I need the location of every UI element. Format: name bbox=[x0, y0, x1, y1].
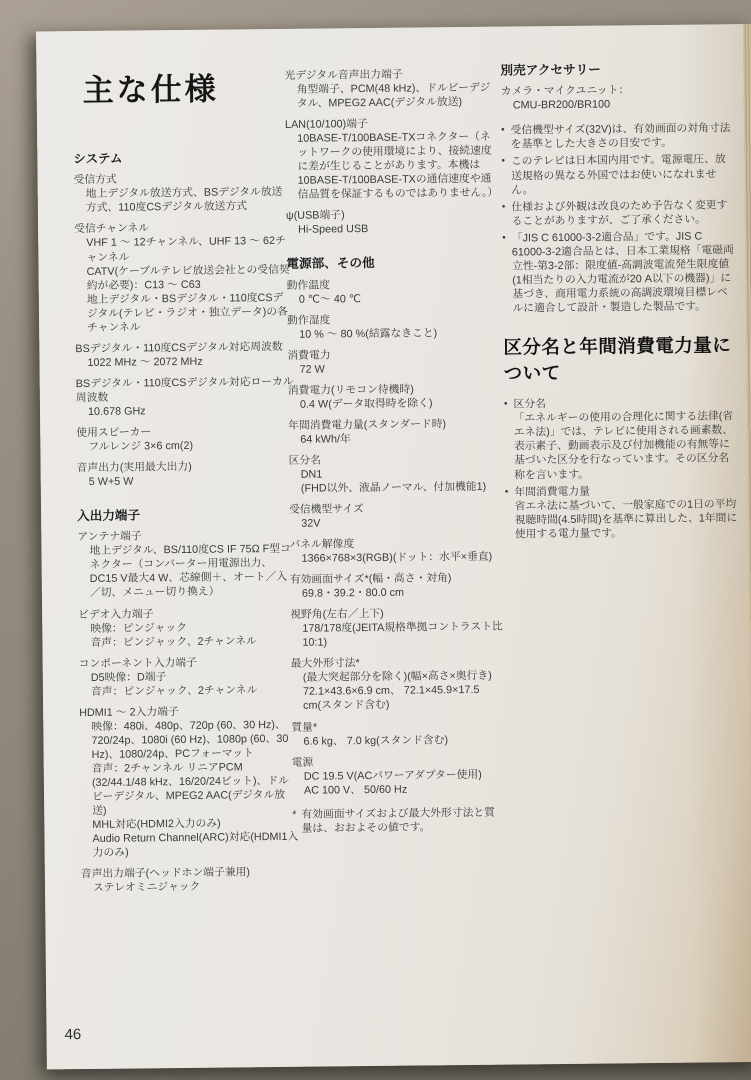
spec-item: 消費電力72 W bbox=[287, 346, 500, 376]
page-title: 主な仕様 bbox=[82, 64, 218, 110]
spec-item: 電源DC 19.5 V(ACパワーアダプター使用)AC 100 V、 50/60… bbox=[292, 753, 505, 797]
spec-item: 受信方式地上デジタル放送方式、BSデジタル放送方式、110度CSデジタル放送方式 bbox=[74, 171, 293, 215]
spec-value: 音声：2チャンネル リニアPCM (32/44.1/48 kHz、16/20/2… bbox=[80, 760, 300, 818]
bullet-list: •区分名「エネルギーの使用の合理化に関する法律(省エネ法)」では、テレビに使用さ… bbox=[504, 396, 738, 542]
spec-value: 地上デジタル放送方式、BSデジタル放送方式、110度CSデジタル放送方式 bbox=[74, 185, 293, 215]
spec-value: 角型端子、PCM(48 kHz)、ドルビーデジタル、MPEG2 AAC(デジタル… bbox=[285, 81, 498, 111]
spec-value: 5 W+5 W bbox=[77, 473, 296, 489]
bullet-body: 仕様および外観は改良のため予告なく変更することがありますが、ご了承ください。 bbox=[511, 198, 735, 228]
spec-value: 1022 MHz 〜 2072 MHz bbox=[75, 354, 294, 370]
bullet-body: このテレビは日本国内用です。電源電圧、放送規格の異なる外国ではお使いになれません… bbox=[511, 153, 735, 197]
footnote: *有効画面サイズおよび最大外形寸法と質量は、おおよその値です。 bbox=[292, 805, 505, 835]
bullet-item: •このテレビは日本国内用です。電源電圧、放送規格の異なる外国ではお使いになれませ… bbox=[501, 153, 734, 198]
spec-item: 年間消費電力量(スタンダード時)64 kWh/年 bbox=[288, 417, 501, 447]
bullet-item: •受信機型サイズ(32V)は、有効画面の対角寸法を基準とした大きさの目安です。 bbox=[501, 122, 734, 153]
spec-value: CMU-BR200/BR100 bbox=[501, 97, 734, 113]
spec-item: 動作湿度10 % 〜 80 %(結露なきこと) bbox=[287, 311, 500, 341]
spec-value: CATV(ケーブルテレビ放送会社との受信契約が必要)：C13 〜 C63 bbox=[74, 262, 293, 292]
spec-item: アンテナ端子地上デジタル、BS/110度CS IF 75Ω F型コネクター（コン… bbox=[77, 528, 297, 600]
column-left: システム受信方式地上デジタル放送方式、BSデジタル放送方式、110度CSデジタル… bbox=[73, 149, 300, 902]
page-number: 46 bbox=[64, 1026, 81, 1043]
spec-value: 地上デジタル・BSデジタル・110度CSデジタル(テレビ・ラジオ・独立データ)の… bbox=[75, 290, 294, 334]
bullet-body: 年間消費電力量省エネ法に基づいて、一般家庭での1日の平均視聴時間(4.5時間)を… bbox=[514, 483, 738, 541]
spec-value: 地上デジタル、BS/110度CS IF 75Ω F型コネクター（コンバーター用電… bbox=[77, 542, 297, 600]
footnote-text: 有効画面サイズおよび最大外形寸法と質量は、おおよその値です。 bbox=[301, 805, 505, 835]
bullet-body: 区分名「エネルギーの使用の合理化に関する法律(省エネ法)」では、テレビに使用され… bbox=[513, 396, 737, 483]
spec-section: 光デジタル音声出力端子角型端子、PCM(48 kHz)、ドルビーデジタル、MPE… bbox=[284, 67, 499, 238]
spec-item: 有効画面サイズ*(幅・高さ・対角)69.8・39.2・80.0 cm bbox=[290, 571, 503, 601]
bullet-dot: • bbox=[505, 485, 509, 541]
spec-item: BSデジタル・110度CSデジタル対応ローカル周波数10.678 GHz bbox=[76, 375, 295, 419]
spec-label: BSデジタル・110度CSデジタル対応ローカル周波数 bbox=[76, 375, 295, 405]
section-heading: 入出力端子 bbox=[77, 506, 296, 525]
column-middle: 光デジタル音声出力端子角型端子、PCM(48 kHz)、ドルビーデジタル、MPE… bbox=[284, 67, 505, 836]
spec-value: 178/178度(JEITA規格準拠コントラスト比10:1) bbox=[290, 620, 503, 650]
spec-item: 消費電力(リモコン待機時)0.4 W(データ取得時を除く) bbox=[288, 382, 501, 412]
spec-item: 質量*6.6 kg、 7.0 kg(スタンド含む) bbox=[291, 718, 504, 748]
spec-value: Audio Return Channel(ARC)対応(HDMI1入力のみ) bbox=[80, 830, 299, 860]
spec-item: 音声出力(実用最大出力)5 W+5 W bbox=[77, 459, 296, 489]
spec-value: DC 19.5 V(ACパワーアダプター使用) bbox=[292, 767, 505, 783]
spec-item: 視野角(左右／上下)178/178度(JEITA規格準拠コントラスト比10:1) bbox=[290, 606, 503, 650]
spec-value: 0.4 W(データ取得時を除く) bbox=[288, 396, 501, 412]
bullet-body: 「JIS C 61000-3-2適合品」です。JIS C 61000-3-2適合… bbox=[512, 229, 736, 316]
section-heading: 別売アクセサリー bbox=[500, 60, 733, 79]
spec-item: 最大外形寸法*(最大突起部分を除く)(幅×高さ×奥行き)72.1×43.6×6.… bbox=[291, 655, 505, 713]
spec-item: カメラ・マイクユニット：CMU-BR200/BR100 bbox=[501, 83, 734, 114]
bullet-text: 省エネ法に基づいて、一般家庭での1日の平均視聴時間(4.5時間)を基準に算出した… bbox=[514, 497, 738, 541]
spec-item: BSデジタル・110度CSデジタル対応周波数1022 MHz 〜 2072 MH… bbox=[75, 340, 294, 370]
spec-value: 72.1×43.6×6.9 cm、 72.1×45.9×17.5 cm(スタンド… bbox=[291, 683, 504, 713]
bullet-body: 受信機型サイズ(32V)は、有効画面の対角寸法を基準とした大きさの目安です。 bbox=[511, 122, 735, 152]
spec-value: 10 % 〜 80 %(結露なきこと) bbox=[287, 325, 500, 341]
spec-item: LAN(10/100)端子10BASE-T/100BASE-TXコネクター（ネッ… bbox=[285, 116, 499, 202]
spec-item: 動作温度0 ℃〜 40 ℃ bbox=[287, 276, 500, 306]
spec-section: 別売アクセサリーカメラ・マイクユニット：CMU-BR200/BR100•受信機型… bbox=[500, 60, 736, 315]
bullet-item: •区分名「エネルギーの使用の合理化に関する法律(省エネ法)」では、テレビに使用さ… bbox=[504, 396, 738, 483]
bullet-item: •「JIS C 61000-3-2適合品」です。JIS C 61000-3-2適… bbox=[502, 229, 736, 316]
photo-background: 主な仕様 システム受信方式地上デジタル放送方式、BSデジタル放送方式、110度C… bbox=[0, 0, 751, 1080]
spec-section: 入出力端子アンテナ端子地上デジタル、BS/110度CS IF 75Ω F型コネク… bbox=[77, 506, 300, 895]
spec-value: 32V bbox=[289, 515, 502, 531]
spec-item: 光デジタル音声出力端子角型端子、PCM(48 kHz)、ドルビーデジタル、MPE… bbox=[284, 67, 497, 111]
spec-value: フルレンジ 3×6 cm(2) bbox=[76, 438, 295, 454]
spec-value: 72 W bbox=[288, 361, 501, 377]
bullet-dot: • bbox=[504, 398, 508, 482]
spec-value: (FHD以外、液晶ノーマル、付加機能1) bbox=[289, 480, 502, 496]
spec-item: HDMI1 〜 2入力端子映像：480i、480p、720p (60、30 Hz… bbox=[79, 703, 300, 860]
spec-item: 音声出力端子(ヘッドホン端子兼用)ステレオミニジャック bbox=[81, 865, 300, 895]
bullet-dot: • bbox=[501, 124, 505, 152]
footnote-marker: * bbox=[292, 807, 296, 835]
spec-value: 音声：ピンジャック、2チャンネル bbox=[78, 633, 297, 649]
section-heading: システム bbox=[73, 149, 292, 168]
spec-value: 6.6 kg、 7.0 kg(スタンド含む) bbox=[291, 732, 504, 748]
spec-section: 区分名と年間消費電力量について•区分名「エネルギーの使用の合理化に関する法律(省… bbox=[503, 332, 738, 541]
manual-page: 主な仕様 システム受信方式地上デジタル放送方式、BSデジタル放送方式、110度C… bbox=[36, 24, 751, 1069]
bullet-text: 「エネルギーの使用の合理化に関する法律(省エネ法)」では、テレビに使用される画素… bbox=[514, 410, 738, 482]
bullet-dot: • bbox=[502, 200, 506, 228]
spec-item: ビデオ入力端子映像：ピンジャック音声：ピンジャック、2チャンネル bbox=[78, 605, 297, 649]
spec-value: 69.8・39.2・80.0 cm bbox=[290, 585, 503, 601]
column-right: 別売アクセサリーカメラ・マイクユニット：CMU-BR200/BR100•受信機型… bbox=[500, 60, 738, 544]
spec-value: ステレオミニジャック bbox=[81, 879, 300, 895]
spec-section: システム受信方式地上デジタル放送方式、BSデジタル放送方式、110度CSデジタル… bbox=[73, 149, 296, 489]
bullet-dot: • bbox=[502, 231, 506, 315]
spec-item: 受信チャンネルVHF 1 〜 12チャンネル、UHF 13 〜 62チャンネルC… bbox=[74, 220, 294, 335]
bullet-item: •仕様および外観は改良のため予告なく変更することがありますが、ご了承ください。 bbox=[502, 198, 735, 229]
spec-value: 音声：ピンジャック、2チャンネル bbox=[79, 682, 298, 698]
spec-item: ψ(USB端子)Hi-Speed USB bbox=[286, 207, 499, 237]
spec-value: 10BASE-T/100BASE-TXコネクター（ネットワークの使用環境により、… bbox=[285, 130, 499, 202]
bullet-dot: • bbox=[501, 155, 505, 197]
spec-item: コンポーネント入力端子D5映像：D端子音声：ピンジャック、2チャンネル bbox=[79, 654, 298, 698]
spec-value: VHF 1 〜 12チャンネル、UHF 13 〜 62チャンネル bbox=[74, 234, 293, 264]
spec-value: 映像：480i、480p、720p (60、30 Hz)、720/24p、108… bbox=[79, 717, 298, 761]
spec-value: 10.678 GHz bbox=[76, 403, 295, 419]
spec-item: 区分名DN1(FHD以外、液晶ノーマル、付加機能1) bbox=[288, 452, 501, 496]
spec-value: AC 100 V、 50/60 Hz bbox=[292, 781, 505, 797]
section-heading-large: 区分名と年間消費電力量について bbox=[503, 332, 737, 387]
spec-value: Hi-Speed USB bbox=[286, 221, 499, 237]
spec-value: 0 ℃〜 40 ℃ bbox=[287, 290, 500, 306]
bullet-item: •年間消費電力量省エネ法に基づいて、一般家庭での1日の平均視聴時間(4.5時間)… bbox=[505, 483, 739, 542]
spec-item: 使用スピーカーフルレンジ 3×6 cm(2) bbox=[76, 424, 295, 454]
spec-value: 1366×768×3(RGB)(ドット：水平×垂直) bbox=[290, 550, 503, 566]
section-heading: 電源部、その他 bbox=[286, 254, 499, 273]
bullet-list: •受信機型サイズ(32V)は、有効画面の対角寸法を基準とした大きさの目安です。•… bbox=[501, 122, 736, 316]
spec-item: 受信機型サイズ32V bbox=[289, 501, 502, 531]
spec-item: パネル解像度1366×768×3(RGB)(ドット：水平×垂直) bbox=[289, 536, 502, 566]
spec-value: 64 kWh/年 bbox=[288, 431, 501, 447]
spec-section: 電源部、その他動作温度0 ℃〜 40 ℃動作湿度10 % 〜 80 %(結露なき… bbox=[286, 254, 505, 836]
spec-label: BSデジタル・110度CSデジタル対応周波数 bbox=[75, 340, 294, 356]
